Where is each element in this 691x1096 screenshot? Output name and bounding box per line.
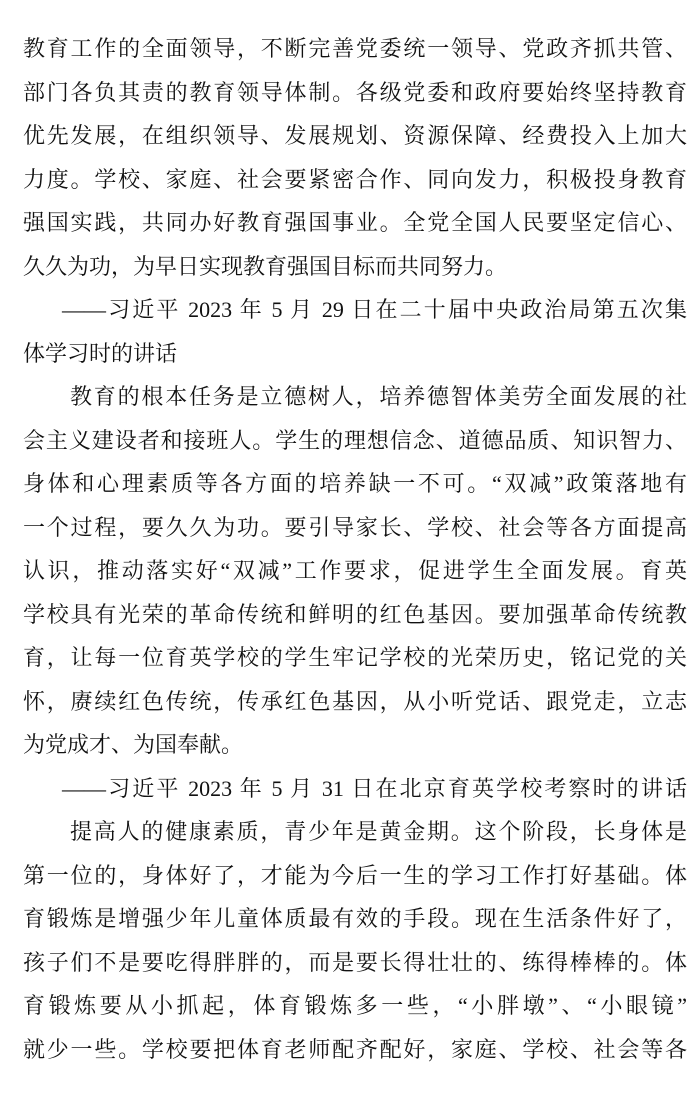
text-line: 久久为功，为早日实现教育强国目标而共同努力。 — [23, 245, 687, 289]
text-line: 优先发展，在组织领导、发展规划、资源保障、经费投入上加大 — [23, 114, 687, 158]
text-line: 身体和心理素质等各方面的培养缺一不可。“双减”政策落地有 — [23, 462, 687, 506]
text-line: 教育的根本任务是立德树人，培养德智体美劳全面发展的社 — [23, 375, 687, 419]
text-line: ——习近平 2023 年 5 月 29 日在二十届中央政治局第五次集 — [23, 288, 687, 332]
text-line: ——习近平 2023 年 5 月 31 日在北京育英学校考察时的讲话 — [23, 767, 687, 811]
paragraph-body-continuation: 教育工作的全面领导，不断完善党委统一领导、党政齐抓共管、部门各负其责的教育领导体… — [23, 27, 687, 288]
text-line: 部门各负其责的教育领导体制。各级党委和政府要始终坚持教育 — [23, 71, 687, 115]
text-line: 育，让每一位育英学校的学生牢记学校的光荣历史，铭记党的关 — [23, 636, 687, 680]
text-line: 强国实践，共同办好教育强国事业。全党全国人民要坚定信心、 — [23, 201, 687, 245]
text-line: 就少一些。学校要把体育老师配齐配好，家庭、学校、社会等各 — [23, 1028, 687, 1072]
paragraph-quote-attribution: ——习近平 2023 年 5 月 29 日在二十届中央政治局第五次集体学习时的讲… — [23, 288, 687, 375]
text-line: 提高人的健康素质，青少年是黄金期。这个阶段，长身体是 — [23, 810, 687, 854]
document-page: 教育工作的全面领导，不断完善党委统一领导、党政齐抓共管、部门各负其责的教育领导体… — [0, 0, 691, 1096]
paragraph-body: 教育的根本任务是立德树人，培养德智体美劳全面发展的社会主义建设者和接班人。学生的… — [23, 375, 687, 767]
text-line: 体学习时的讲话 — [23, 332, 687, 376]
text-line: 为党成才、为国奉献。 — [23, 723, 687, 767]
text-line: 第一位的，身体好了，才能为今后一生的学习工作打好基础。体 — [23, 854, 687, 898]
text-line: 育锻炼是增强少年儿童体质最有效的手段。现在生活条件好了， — [23, 897, 687, 941]
paragraph-quote-attribution: ——习近平 2023 年 5 月 31 日在北京育英学校考察时的讲话 — [23, 767, 687, 811]
text-line: 会主义建设者和接班人。学生的理想信念、道德品质、知识智力、 — [23, 419, 687, 463]
text-line: 育锻炼要从小抓起，体育锻炼多一些，“小胖墩”、“小眼镜” — [23, 984, 687, 1028]
text-line: 孩子们不是要吃得胖胖的，而是要长得壮壮的、练得棒棒的。体 — [23, 941, 687, 985]
text-line: 怀，赓续红色传统，传承红色基因，从小听党话、跟党走，立志 — [23, 680, 687, 724]
text-line: 教育工作的全面领导，不断完善党委统一领导、党政齐抓共管、 — [23, 27, 687, 71]
text-area: 教育工作的全面领导，不断完善党委统一领导、党政齐抓共管、部门各负其责的教育领导体… — [23, 27, 687, 1071]
text-line: 学校具有光荣的革命传统和鲜明的红色基因。要加强革命传统教 — [23, 593, 687, 637]
text-line: 认识，推动落实好“双减”工作要求，促进学生全面发展。育英 — [23, 549, 687, 593]
text-line: 一个过程，要久久为功。要引导家长、学校、社会等各方面提高 — [23, 506, 687, 550]
text-line: 力度。学校、家庭、社会要紧密合作、同向发力，积极投身教育 — [23, 158, 687, 202]
paragraph-body: 提高人的健康素质，青少年是黄金期。这个阶段，长身体是第一位的，身体好了，才能为今… — [23, 810, 687, 1071]
